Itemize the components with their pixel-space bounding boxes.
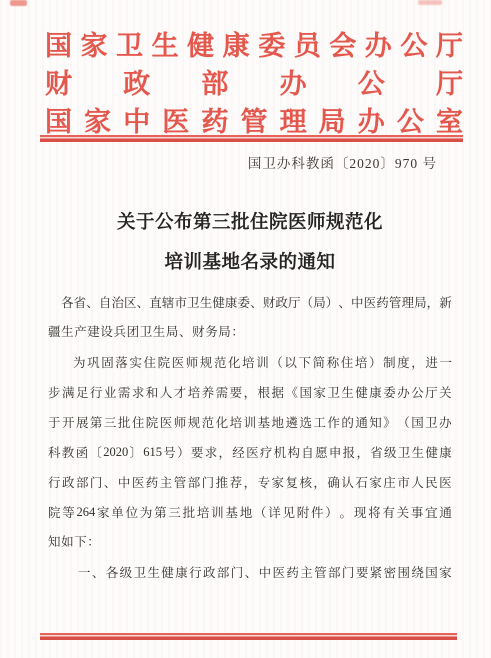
body-line: 各省、自治区、直辖市卫生健康委、财政厅（局）、中医药管理局，新 [48,287,452,317]
body-line: 科教函〔2020〕615 号）要求，经医疗机构自愿申报，省级卫生健康 [48,437,452,467]
document-page: 国家卫生健康委员会办公厅财政部办公厅国家中医药管理局办公室 国卫办科教函〔202… [0,0,491,658]
body-line: 疆生产建设兵团卫生局、财务局： [48,317,452,347]
letterhead-divider-rule [40,135,463,142]
title-line-2: 培训基地名录的通知 [48,243,452,283]
scan-artifact-top-right [418,0,442,5]
letterhead-line: 国家中医药管理局办公室 [45,100,463,138]
body-line: 于开展第三批住院医师规范化培训基地遴选工作的通知》（国卫办 [48,407,452,437]
body-line: 行政部门、中医药主管部门推荐，专家复核，确认石家庄市人民医 [48,467,452,497]
body-line: 为巩固落实住院医师规范化培训（以下简称住培）制度，进一 [48,347,452,377]
body-line: 院等 264 家单位为第三批培训基地（详见附件）。现将有关事宜通 [48,497,452,527]
body-line: 知如下： [48,527,452,557]
body-line: 步满足行业需求和人才培养需要，根据《国家卫生健康委办公厅关 [48,377,452,407]
page-bottom-rule [40,633,457,640]
body-line: 一、各级卫生健康行政部门、中医药主管部门要紧密围绕国家 [48,557,452,587]
document-number: 国卫办科教函〔2020〕970 号 [48,152,452,172]
document-title: 关于公布第三批住院医师规范化 培训基地名录的通知 [48,203,452,283]
letterhead-line: 国家卫生健康委员会办公厅 [45,24,463,62]
scan-artifact-top-left [10,0,27,6]
letterhead-line: 财政部办公厅 [45,62,463,100]
title-line-1: 关于公布第三批住院医师规范化 [48,203,452,243]
body-text: 各省、自治区、直辖市卫生健康委、财政厅（局）、中医药管理局，新疆生产建设兵团卫生… [48,287,452,587]
letterhead: 国家卫生健康委员会办公厅财政部办公厅国家中医药管理局办公室 [45,24,463,138]
